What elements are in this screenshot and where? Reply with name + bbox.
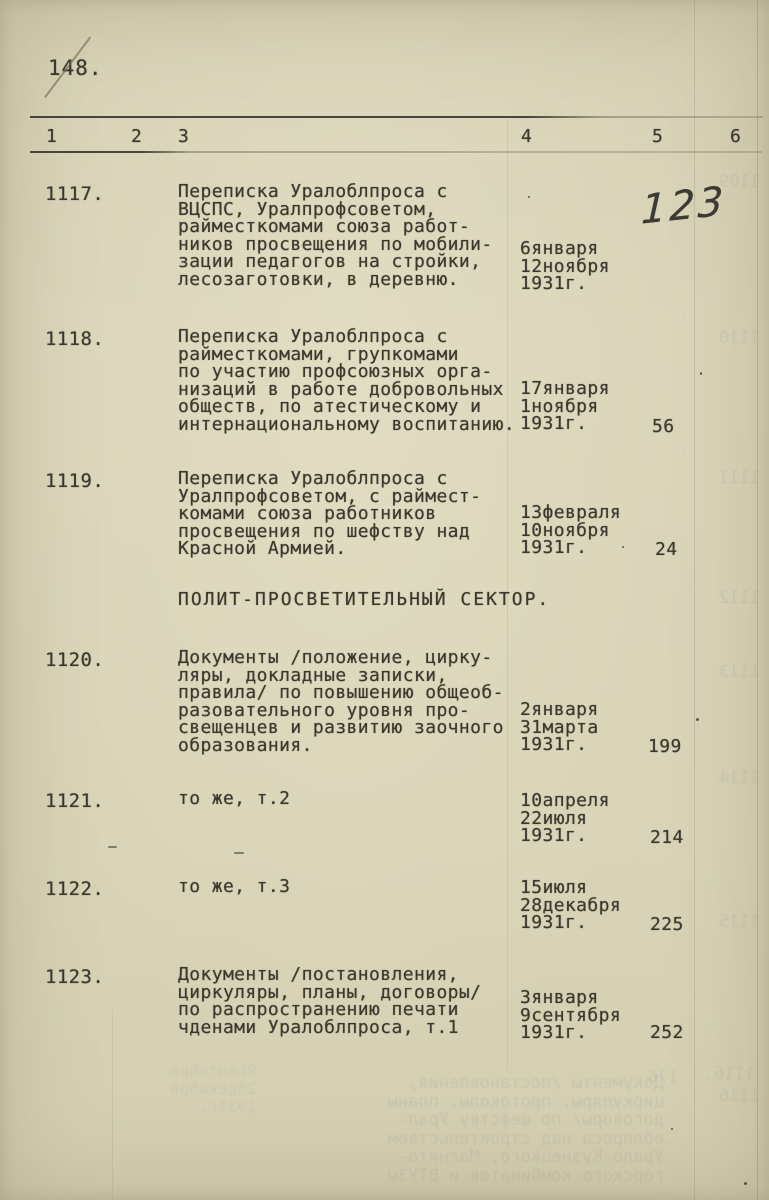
paper-speck <box>696 718 699 721</box>
bleedthrough-number: 1112 <box>704 588 760 608</box>
archival-inventory-page: 148. 1 2 3 4 5 6 1117. Переписка Уралобл… <box>0 0 769 1200</box>
entry-number: 1123. <box>45 966 104 988</box>
entry-number: 1119. <box>45 470 104 492</box>
column-header-2: 2 <box>131 126 142 147</box>
bleedthrough-number: 1113 <box>704 662 760 682</box>
section-header: ПОЛИТ-ПРОСВЕТИТЕЛЬНЫЙ СЕКТОР. <box>178 589 550 610</box>
entry-sheet-count: 252 <box>650 1022 684 1043</box>
entry-dates: 6января 12ноября 1931г. <box>520 240 610 293</box>
bleed-vertical-line <box>694 0 695 1200</box>
paper-speck <box>671 1128 673 1130</box>
paper-speck <box>744 1182 747 1185</box>
column-header-3: 3 <box>178 126 189 147</box>
bleedthrough-dates: 9сентября 28декабря 1931г. <box>170 1062 257 1116</box>
entry-sheet-count: 225 <box>650 914 684 935</box>
entry-description: Переписка Уралоблпроса с райместкомами, … <box>178 328 538 434</box>
column-header-6: 6 <box>730 126 741 147</box>
column-header-1: 1 <box>46 126 57 147</box>
paper-speck <box>528 196 530 198</box>
stray-dash <box>108 846 117 848</box>
column-header-4: 4 <box>521 126 532 147</box>
entry-description: Переписка Уралоблпроса с Уралпрофсоветом… <box>178 470 538 558</box>
entry-description: Документы /постановления, циркуляры, пла… <box>178 966 538 1036</box>
entry-dates: 10апреля 22июля 1931г. <box>520 792 610 845</box>
entry-dates: 13февраля 10ноября 1931г. <box>520 504 621 557</box>
bleed-vertical-line <box>507 120 508 1070</box>
entry-dates: 2января 31марта 1931г. <box>520 701 599 754</box>
bleedthrough-number: 1116 <box>704 1086 760 1106</box>
entry-description: Переписка Уралоблпроса с ВЦСПС, Уралпроф… <box>178 183 538 289</box>
entry-sheet-count: 214 <box>650 827 684 848</box>
entry-description: то же, т.3 <box>178 878 538 896</box>
bleed-vertical-line <box>112 1010 113 1200</box>
bleedthrough-number: 1111 <box>704 468 760 488</box>
bleedthrough-number: 1109 <box>704 172 760 192</box>
paper-speck <box>700 372 702 375</box>
entry-sheet-count: 56 <box>652 416 674 437</box>
table-top-rule <box>30 116 763 118</box>
bleedthrough-number: 1115 <box>704 912 760 932</box>
entry-dates: 3января 9сентября 1931г. <box>520 989 621 1042</box>
paper-speck <box>622 546 624 548</box>
entry-number: 1117. <box>45 183 104 205</box>
stray-dash <box>234 852 244 854</box>
bleedthrough-number: 1114 <box>704 768 760 788</box>
page-number: 148. <box>48 56 103 80</box>
bleedthrough-text-block: Документы /постановления, циркуляры, про… <box>332 1074 664 1186</box>
entry-dates: 17января 1ноября 1931г. <box>520 380 610 433</box>
column-header-5: 5 <box>652 126 663 147</box>
entry-number: 1121. <box>45 790 104 812</box>
entry-number: 1122. <box>45 878 104 900</box>
bleedthrough-sheet-count: 176 <box>648 1068 679 1088</box>
entry-description: то же, т.2 <box>178 790 538 808</box>
entry-description: Документы /положение, цирку- ляры, докла… <box>178 649 538 755</box>
table-header-rule <box>30 151 762 153</box>
entry-number: 1118. <box>45 328 104 350</box>
bleedthrough-number: 1110 <box>704 328 760 348</box>
entry-sheet-count: 24 <box>655 539 677 560</box>
entry-dates: 15июля 28декабря 1931г. <box>520 879 621 932</box>
entry-sheet-count: 199 <box>648 736 682 757</box>
entry-number: 1120. <box>45 649 104 671</box>
bleedthrough-entry-id: 1116. <box>704 1064 755 1084</box>
